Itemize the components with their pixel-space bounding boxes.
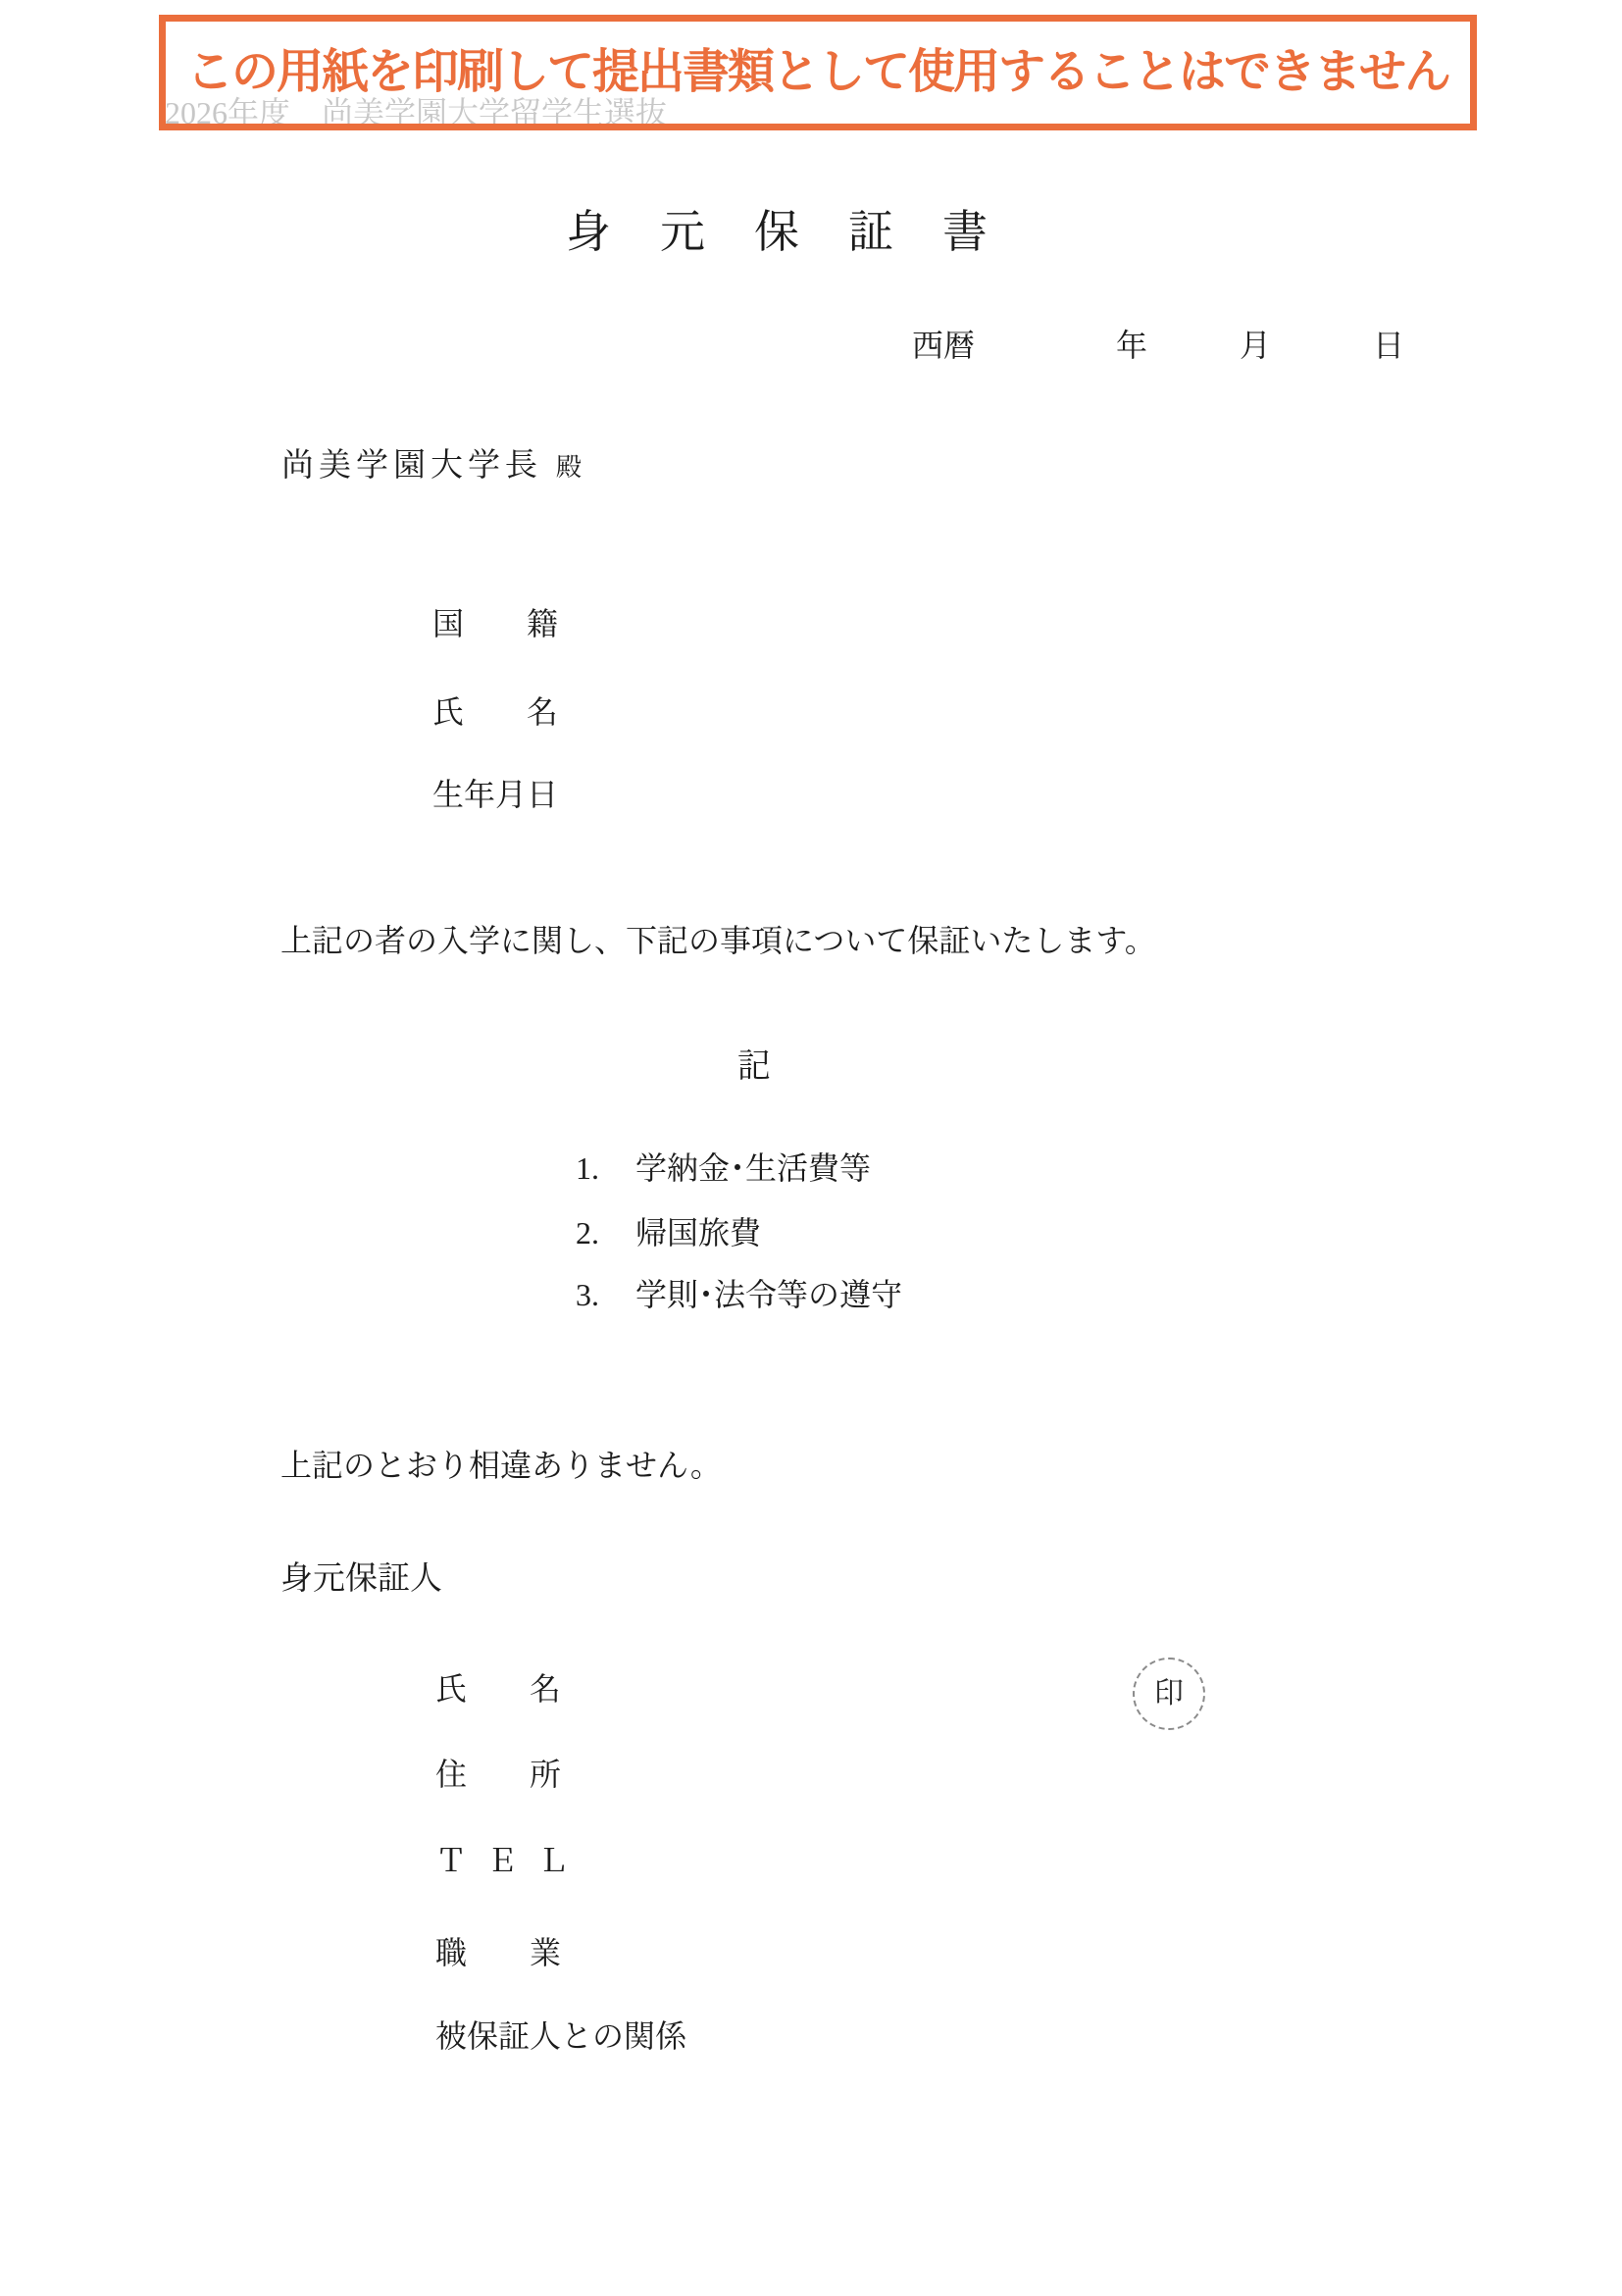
seal-placeholder-circle: 印: [1133, 1658, 1205, 1730]
print-warning-banner: この用紙を印刷して提出書類として使用することはできません: [159, 15, 1477, 130]
guarantor-field-name-label: 氏 名: [435, 1673, 561, 1705]
print-warning-text: この用紙を印刷して提出書類として使用することはできません: [186, 49, 1449, 96]
list-item-1-number: 1.: [576, 1152, 599, 1184]
addressee-honorific: 殿: [556, 453, 582, 482]
field-name-label: 氏 名: [432, 696, 558, 728]
field-birthdate-label: 生年月日: [432, 779, 558, 810]
list-item-3-number: 3.: [576, 1279, 599, 1310]
guarantor-section-label: 身元保証人: [280, 1563, 442, 1596]
document-title: 身 元 保 証 書: [566, 210, 989, 255]
guarantor-field-relation-label: 被保証人との関係: [435, 2020, 686, 2052]
guarantee-form-page: { "page": { "watermark_header": "2026年度 …: [0, 0, 1622, 2296]
addressee-name: 尚美学園大学長: [281, 448, 542, 484]
seal-label: 印: [1154, 1679, 1184, 1709]
list-item-2-text: 帰国旅費: [635, 1217, 761, 1249]
guarantor-field-tel-label: Ｔ Ｅ Ｌ: [435, 1845, 575, 1876]
list-item-1-text: 学納金･生活費等: [635, 1152, 871, 1184]
list-item-3-text: 学則･法令等の遵守: [635, 1279, 902, 1310]
list-item-2-number: 2.: [576, 1217, 599, 1249]
date-month-label: 月: [1240, 330, 1271, 361]
date-era-label: 西暦: [912, 330, 975, 361]
guarantor-field-address-label: 住 所: [435, 1759, 561, 1790]
date-year-label: 年: [1116, 330, 1147, 361]
statement-paragraph: 上記の者の入学に関し、下記の事項について保証いたします。: [280, 925, 1156, 956]
confirmation-paragraph: 上記のとおり相違ありません。: [280, 1450, 722, 1481]
field-nationality-label: 国 籍: [432, 608, 558, 639]
guarantor-field-occupation-label: 職 業: [435, 1937, 561, 1968]
notice-heading: 記: [737, 1050, 771, 1084]
addressee-line: 尚美学園大学長殿: [281, 450, 582, 483]
date-day-label: 日: [1373, 330, 1404, 361]
